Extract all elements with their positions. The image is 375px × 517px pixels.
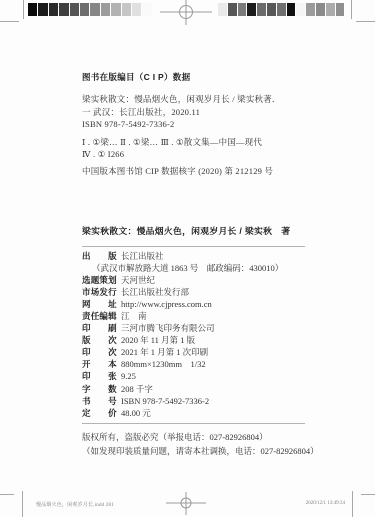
info-label: 印 刷 <box>82 322 121 334</box>
info-value: 长江出版社发行部 <box>121 286 322 298</box>
info-row-sheets: 印 张9.25 <box>82 370 322 382</box>
calibration-swatch <box>257 3 266 16</box>
calibration-swatch <box>287 3 296 16</box>
book-colophon-page: 图书在版编目（C I P）数据 梁实秋散文：慢品烟火色，闲观岁月长 / 梁实秋著… <box>0 0 375 517</box>
calibration-swatch <box>80 3 89 16</box>
info-row-distribution: 市场发行长江出版社发行部 <box>82 286 322 298</box>
calibration-swatch <box>277 3 286 16</box>
info-row-printing: 印 次2021 年 1 月第 1 次印刷 <box>82 346 322 358</box>
info-value: 江 南 <box>121 310 322 322</box>
calibration-swatch <box>132 3 141 16</box>
cip-isbn: ISBN 978-7-5492-7336-2 <box>82 118 318 130</box>
info-row-isbn: 书 号ISBN 978-7-5492-7336-2 <box>82 395 322 407</box>
crop-mark-top-left-horizontal <box>0 21 19 22</box>
slug-timestamp: 2020/12/1 13:49:34 <box>306 501 345 506</box>
crop-mark-top-right-vertical <box>351 0 352 19</box>
cip-record-number: 中国版本图书馆 CIP 数据核字 (2020) 第 212129 号 <box>82 165 318 177</box>
calibration-swatch <box>247 3 256 16</box>
calibration-swatch <box>111 3 120 16</box>
crop-mark-top-right-horizontal <box>356 21 375 22</box>
crop-mark-top-left-vertical <box>23 0 24 19</box>
info-value: 48.00 元 <box>121 407 322 419</box>
book-title-line: 梁实秋散文：慢品烟火色，闲观岁月长 / 梁实秋 著 <box>82 224 290 237</box>
copyright-line-2: （如发现印装质量问题，请寄本社调换，电话：027-82926804） <box>82 444 319 458</box>
registration-mark-icon <box>166 492 206 516</box>
info-row-format: 开 本880mm×1230mm 1/32 <box>82 358 322 370</box>
info-label: 出 版 <box>82 250 121 262</box>
calibration-swatch <box>38 3 47 16</box>
info-label: 责任编辑 <box>82 310 121 322</box>
cip-title-statement: 梁实秋散文：慢品烟火色，闲观岁月长 / 梁实秋著． <box>82 93 318 105</box>
info-value: 三河市腾飞印务有限公司 <box>121 322 322 334</box>
info-value: 9.25 <box>121 370 322 382</box>
info-row-edition: 版 次2020 年 11 月第 1 版 <box>82 334 322 346</box>
info-label: 印 张 <box>82 370 121 382</box>
grayscale-calibration-bar <box>28 3 152 16</box>
info-label: 版 次 <box>82 334 121 346</box>
info-label: 字 数 <box>82 383 121 395</box>
calibration-swatch <box>267 3 276 16</box>
info-value: 208 千字 <box>121 383 322 395</box>
info-label: 开 本 <box>82 358 121 370</box>
calibration-swatch <box>326 3 335 16</box>
calibration-swatch <box>28 3 37 16</box>
calibration-swatch <box>142 3 151 16</box>
calibration-swatch <box>59 3 68 16</box>
cip-block: 图书在版编目（C I P）数据 梁实秋散文：慢品烟火色，闲观岁月长 / 梁实秋著… <box>82 71 318 178</box>
slug-filename: 慢品烟火色，闲观岁月长.indd 281 <box>36 501 114 508</box>
copyright-notice: 版权所有，盗版必究（举报电话：027-82926804） （如发现印装质量问题，… <box>82 430 319 458</box>
info-value: 880mm×1230mm 1/32 <box>121 358 322 370</box>
info-label <box>82 262 92 274</box>
cip-heading: 图书在版编目（C I P）数据 <box>82 71 318 83</box>
info-row-printer: 印 刷三河市腾飞印务有限公司 <box>82 322 322 334</box>
calibration-swatch <box>122 3 131 16</box>
calibration-swatch <box>316 3 325 16</box>
info-label: 书 号 <box>82 395 121 407</box>
crop-mark-bottom-left-vertical <box>22 491 23 517</box>
crop-mark-bottom-left-horizontal <box>0 494 14 495</box>
info-value: 2021 年 1 月第 1 次印刷 <box>121 346 322 358</box>
registration-mark-icon <box>160 0 212 26</box>
info-label: 市场发行 <box>82 286 121 298</box>
divider-bottom <box>82 423 305 424</box>
cip-classification-line-2: Ⅳ . ① I266 <box>82 148 318 160</box>
calibration-swatch <box>296 3 305 16</box>
cip-publisher-statement: 一 武汉：长江出版社，2020.11 <box>82 106 318 118</box>
calibration-swatch <box>306 3 315 16</box>
calibration-swatch <box>90 3 99 16</box>
color-calibration-bar <box>218 3 344 16</box>
info-label: 网 址 <box>82 298 121 310</box>
copyright-line-1: 版权所有，盗版必究（举报电话：027-82926804） <box>82 430 319 444</box>
info-label: 定 价 <box>82 407 121 419</box>
calibration-swatch <box>228 3 237 16</box>
calibration-swatch <box>218 3 227 16</box>
crop-mark-bottom-right-vertical <box>352 491 353 517</box>
info-row-publisher: 出 版长江出版社 <box>82 250 322 262</box>
info-value: http://www.cjpress.com.cn <box>121 298 322 310</box>
info-value: 长江出版社 <box>121 250 322 262</box>
info-value: 天河世纪 <box>121 274 322 286</box>
calibration-swatch <box>70 3 79 16</box>
publication-info-table: 出 版长江出版社 （武汉市解放路大道 1863 号 邮政编码：430010） 选… <box>82 250 322 419</box>
info-label: 选题策划 <box>82 274 121 286</box>
info-value: （武汉市解放路大道 1863 号 邮政编码：430010） <box>92 262 322 274</box>
info-value: ISBN 978-7-5492-7336-2 <box>121 395 322 407</box>
divider-top <box>82 246 305 247</box>
calibration-swatch <box>49 3 58 16</box>
info-row-wordcount: 字 数208 千字 <box>82 383 322 395</box>
crop-mark-bottom-right-horizontal <box>361 494 375 495</box>
calibration-swatch <box>238 3 247 16</box>
info-label: 印 次 <box>82 346 121 358</box>
info-row-price: 定 价48.00 元 <box>82 407 322 419</box>
calibration-swatch <box>101 3 110 16</box>
cip-classification-line-1: Ⅰ . ①梁… Ⅱ . ①梁… Ⅲ . ①散文集—中国—现代 <box>82 136 318 148</box>
info-row-planning: 选题策划天河世纪 <box>82 274 322 286</box>
info-value: 2020 年 11 月第 1 版 <box>121 334 322 346</box>
info-row-website: 网 址http://www.cjpress.com.cn <box>82 298 322 310</box>
calibration-swatch <box>336 3 345 16</box>
info-row-address: （武汉市解放路大道 1863 号 邮政编码：430010） <box>82 262 322 274</box>
info-row-editor: 责任编辑江 南 <box>82 310 322 322</box>
